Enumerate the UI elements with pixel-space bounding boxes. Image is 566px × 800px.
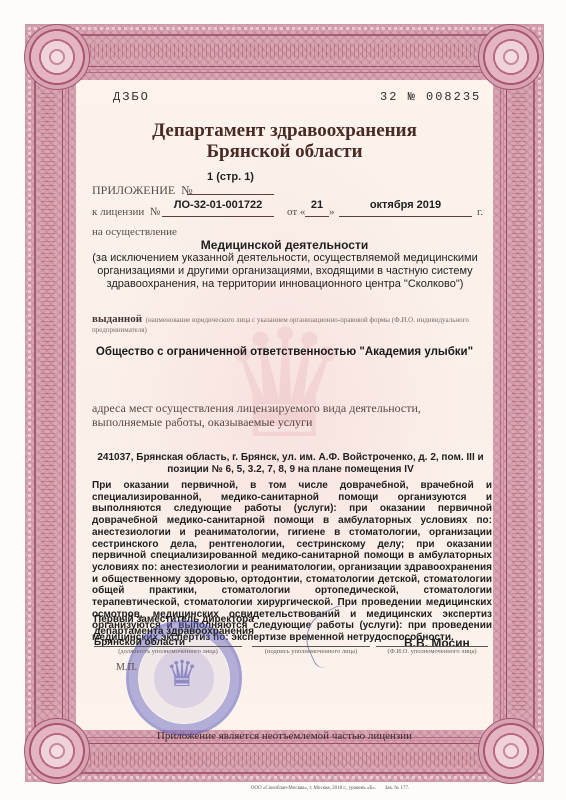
authority-line-2: Брянской области xyxy=(76,141,493,162)
activity-address: 241037, Брянская область, г. Брянск, ул.… xyxy=(88,452,493,476)
rosette-icon xyxy=(478,24,544,90)
license-label: к лицензии № xyxy=(92,206,160,218)
appendix-label-text: ПРИЛОЖЕНИЕ xyxy=(92,183,175,197)
rosette-icon xyxy=(478,718,544,784)
issuing-authority: Департамент здравоохранения Брянской обл… xyxy=(76,120,493,162)
signature-underline xyxy=(252,646,370,647)
signer-position-line-1: Первый заместитель директора xyxy=(94,614,254,626)
signer-position-line-2: департамента здравоохранения xyxy=(94,626,254,638)
license-year-suffix: г. xyxy=(477,206,483,218)
position-underline xyxy=(94,646,242,647)
appendix-label: ПРИЛОЖЕНИЕ № xyxy=(92,183,193,198)
caption-name: (Ф.И.О. уполномоченного лица) xyxy=(376,648,488,655)
printer-imprint: ООО «Союзблан-Москва», г. Москва, 2018 г… xyxy=(150,786,510,791)
printer-name: ООО «Союзблан-Москва», г. Москва, 2018 г… xyxy=(251,786,376,791)
signer-position: Первый заместитель директора департамент… xyxy=(94,614,254,649)
rosette-icon xyxy=(24,24,90,90)
license-number: ЛО-32-01-001722 xyxy=(162,199,274,211)
region-code: 32 xyxy=(380,90,398,104)
caption-signature: (подпись уполномоченного лица) xyxy=(252,648,370,655)
number-sign: № xyxy=(408,90,417,104)
order-number: Зак. № 177. xyxy=(385,786,409,791)
appendix-footer-note: Приложение является неотъемлемой частью … xyxy=(76,730,493,742)
license-month-year: октября 2019 xyxy=(339,199,472,211)
activity-label: на осуществление xyxy=(92,226,177,238)
address-section-label: адреса мест осуществления лицензируемого… xyxy=(92,401,492,429)
license-number-sign: № xyxy=(150,206,161,218)
rosette-icon xyxy=(24,718,90,784)
license-label-text: к лицензии xyxy=(92,206,144,218)
series-code: ДЗБО xyxy=(113,90,150,104)
form-number: 32 № 008235 xyxy=(380,90,481,104)
double-headed-eagle-icon: ♛ xyxy=(160,650,204,700)
issued-to-line: выданной (наименование юридического лица… xyxy=(92,314,492,335)
activity-title: Медицинской деятельности xyxy=(76,238,493,252)
appendix-number-value: 1 (стр. 1) xyxy=(187,171,274,183)
company-name: Общество с ограниченной ответственностью… xyxy=(76,346,493,358)
authority-line-1: Департамент здравоохранения xyxy=(76,120,493,141)
caption-position: (должность уполномоченного лица) xyxy=(94,648,242,655)
seal-label: М.П. xyxy=(116,662,137,673)
name-underline xyxy=(376,646,488,647)
activity-note: (за исключением указанной деятельности, … xyxy=(80,252,490,291)
form-serial: 008235 xyxy=(426,90,481,104)
license-date-from: от « xyxy=(287,206,305,218)
issued-to-hint: (наименование юридического лица с указан… xyxy=(92,316,469,334)
license-quote-close: » xyxy=(329,206,335,218)
issued-to-label: выданной xyxy=(92,313,142,325)
license-day: 21 xyxy=(305,199,329,211)
